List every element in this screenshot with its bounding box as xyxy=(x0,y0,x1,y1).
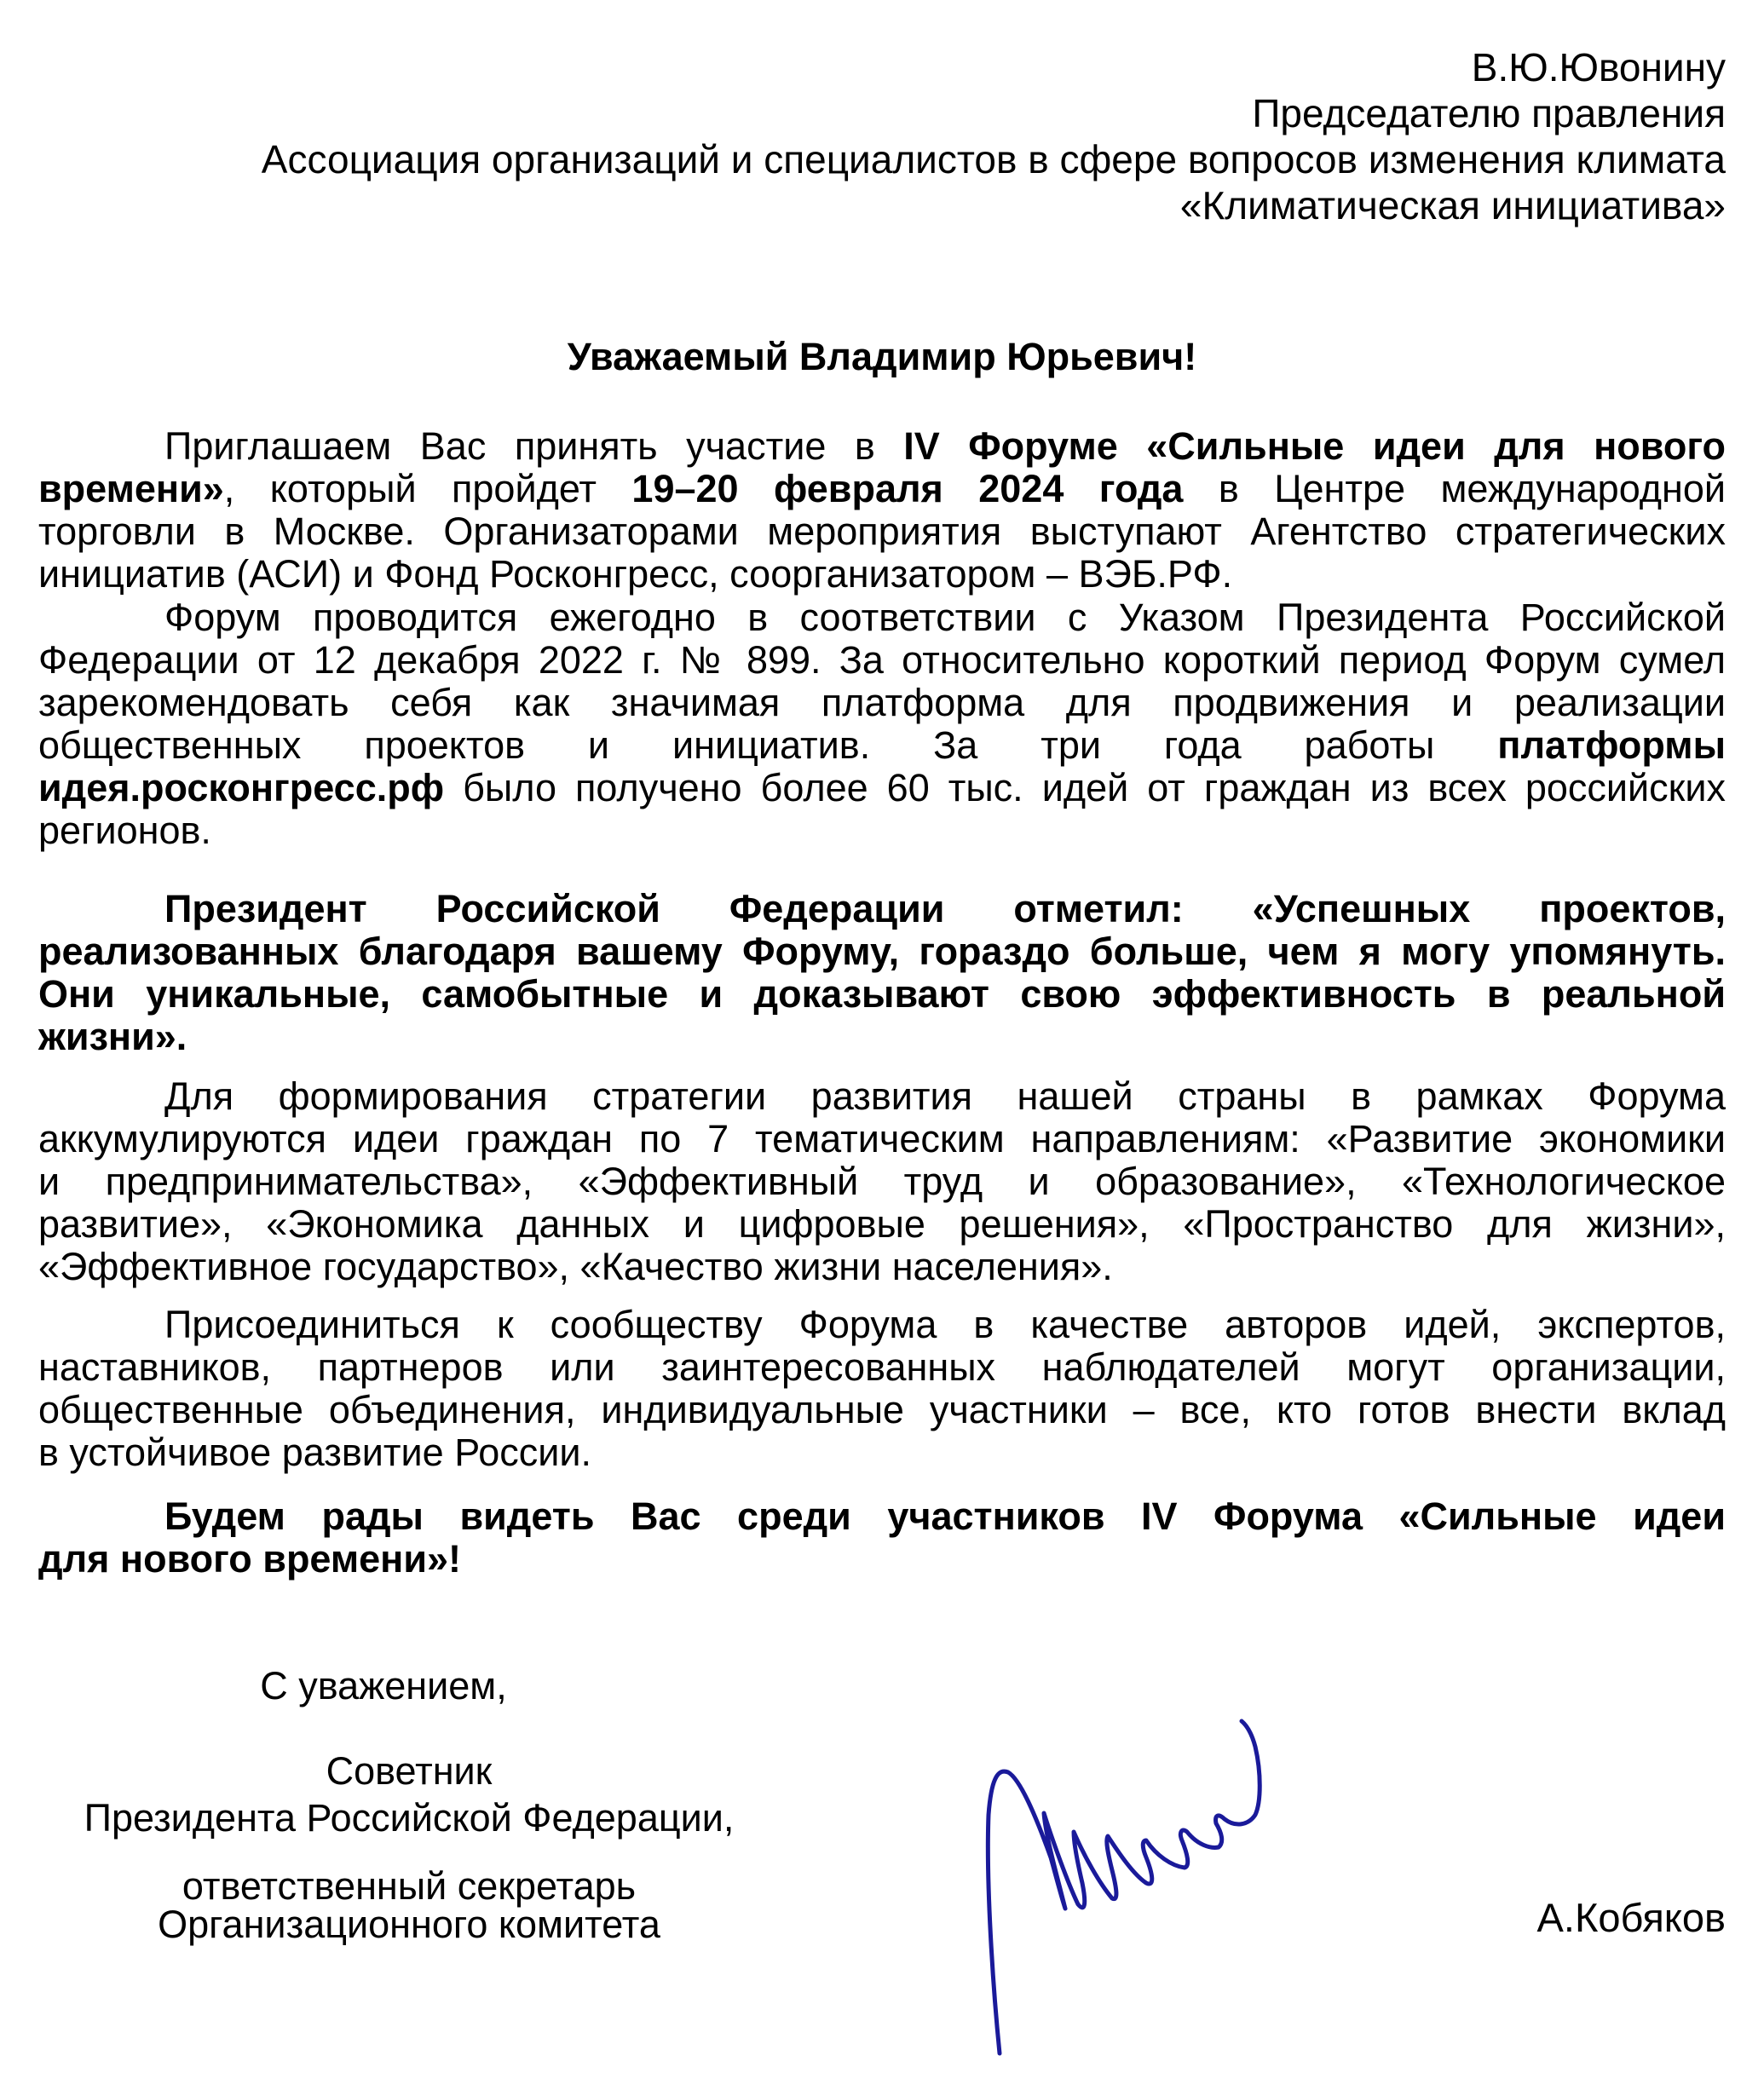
bold-text: платформы xyxy=(1497,723,1726,767)
paragraph-line: реализованных благодаря вашему Форуму, г… xyxy=(38,930,1726,973)
paragraph-line: Они уникальные, самобытные и доказывают … xyxy=(38,973,1726,1016)
closing-regards: С уважением, xyxy=(34,1665,784,1707)
paragraph-line: инициатив (АСИ) и Фонд Росконгресс, соор… xyxy=(38,553,1726,596)
text: в устойчивое развитие России. xyxy=(38,1431,591,1474)
text: Федерации от 12 декабря 2022 г. № 899. З… xyxy=(38,638,1726,682)
paragraph-line: общественные объединения, индивидуальные… xyxy=(38,1389,1726,1431)
title-line-3: ответственный секретарь xyxy=(34,1865,784,1903)
paragraph-line: для нового времени»! xyxy=(38,1538,1726,1581)
paragraph: Приглашаем Вас принять участие в IV Фору… xyxy=(38,425,1726,596)
bold-text: Президент Российской Федерации отметил: … xyxy=(164,887,1726,930)
bold-text: идея.росконгресс.рф xyxy=(38,766,444,809)
text: Приглашаем Вас принять участие в xyxy=(164,424,903,468)
paragraph-line: развитие», «Экономика данных и цифровые … xyxy=(38,1203,1726,1246)
text: общественные объединения, индивидуальные… xyxy=(38,1388,1726,1431)
text: торговли в Москве. Организаторами меропр… xyxy=(38,510,1726,553)
recipient-address: В.Ю.Ювонину Председателю правления Ассоц… xyxy=(262,44,1726,228)
recipient-organization: Ассоциация организаций и специалистов в … xyxy=(262,136,1726,182)
paragraph-line: и предпринимательства», «Эффективный тру… xyxy=(38,1160,1726,1203)
signer-name: А.Кобяков xyxy=(1537,1897,1726,1939)
paragraph-line: наставников, партнеров или заинтересован… xyxy=(38,1346,1726,1389)
recipient-name: В.Ю.Ювонину xyxy=(262,44,1726,90)
text: инициатив (АСИ) и Фонд Росконгресс, соор… xyxy=(38,552,1232,596)
paragraph: Для формирования стратегии развития наше… xyxy=(38,1075,1726,1288)
paragraph-line: зарекомендовать себя как значимая платфо… xyxy=(38,682,1726,724)
text: Форум проводится ежегодно в соответствии… xyxy=(164,596,1726,639)
text: зарекомендовать себя как значимая платфо… xyxy=(38,681,1726,724)
regards-text: С уважением, xyxy=(34,1665,784,1707)
text: развитие», «Экономика данных и цифровые … xyxy=(38,1202,1726,1246)
bold-text: жизни». xyxy=(38,1015,187,1058)
paragraph: Президент Российской Федерации отметил: … xyxy=(38,888,1726,1058)
text: «Эффективное государство», «Качество жиз… xyxy=(38,1245,1113,1288)
paragraph-line: аккумулируются идеи граждан по 7 тематич… xyxy=(38,1118,1726,1160)
text: и предпринимательства», «Эффективный тру… xyxy=(38,1160,1726,1203)
paragraph-line: «Эффективное государство», «Качество жиз… xyxy=(38,1246,1726,1288)
text: , который пройдет xyxy=(224,467,632,510)
text: Для формирования стратегии развития наше… xyxy=(164,1074,1726,1118)
paragraph-line: Приглашаем Вас принять участие в IV Фору… xyxy=(38,425,1726,468)
text: в Центре международной xyxy=(1183,467,1726,510)
paragraph: Форум проводится ежегодно в соответствии… xyxy=(38,596,1726,852)
bold-text: реализованных благодаря вашему Форуму, г… xyxy=(38,930,1726,973)
text: аккумулируются идеи граждан по 7 тематич… xyxy=(38,1117,1726,1160)
paragraph-line: Федерации от 12 декабря 2022 г. № 899. З… xyxy=(38,639,1726,682)
salutation: Уважаемый Владимир Юрьевич! xyxy=(0,336,1764,378)
paragraph-line: Президент Российской Федерации отметил: … xyxy=(38,888,1726,930)
paragraph: Присоединиться к сообществу Форума в кач… xyxy=(38,1304,1726,1474)
recipient-position: Председателю правления xyxy=(262,90,1726,136)
text: регионов. xyxy=(38,809,211,852)
text: было получено более 60 тыс. идей от граж… xyxy=(444,766,1726,809)
paragraph-line: в устойчивое развитие России. xyxy=(38,1431,1726,1474)
paragraph-line: времени», который пройдет 19–20 февраля … xyxy=(38,468,1726,510)
paragraph-line: общественных проектов и инициатив. За тр… xyxy=(38,724,1726,767)
recipient-organization-short: «Климатическая инициатива» xyxy=(262,182,1726,228)
bold-text: Они уникальные, самобытные и доказывают … xyxy=(38,972,1726,1016)
paragraph-line: идея.росконгресс.рф было получено более … xyxy=(38,767,1726,809)
title-line-4: Организационного комитета xyxy=(34,1903,784,1946)
bold-text: для нового времени»! xyxy=(38,1537,461,1581)
paragraph-line: торговли в Москве. Организаторами меропр… xyxy=(38,510,1726,553)
bold-text: 19–20 февраля 2024 года xyxy=(631,467,1183,510)
bold-text: IV Форуме «Сильные идеи для нового xyxy=(903,424,1726,468)
paragraph: Будем рады видеть Вас среди участников I… xyxy=(38,1495,1726,1581)
paragraph-line: Будем рады видеть Вас среди участников I… xyxy=(38,1495,1726,1538)
bold-text: времени» xyxy=(38,467,224,510)
paragraph-line: жизни». xyxy=(38,1016,1726,1058)
title-line-1: Советник xyxy=(34,1750,784,1797)
signatory-title: Советник Президента Российской Федерации… xyxy=(34,1750,784,1946)
bold-text: Будем рады видеть Вас среди участников I… xyxy=(164,1494,1726,1538)
text: наставников, партнеров или заинтересован… xyxy=(38,1345,1726,1389)
paragraph-line: Для формирования стратегии развития наше… xyxy=(38,1075,1726,1118)
text: Присоединиться к сообществу Форума в кач… xyxy=(164,1303,1726,1346)
paragraph-line: Форум проводится ежегодно в соответствии… xyxy=(38,596,1726,639)
paragraph-line: Присоединиться к сообществу Форума в кач… xyxy=(38,1304,1726,1346)
title-line-2: Президента Российской Федерации, xyxy=(34,1797,784,1865)
text: общественных проектов и инициатив. За тр… xyxy=(38,723,1497,767)
paragraph-line: регионов. xyxy=(38,809,1726,852)
handwritten-signature xyxy=(967,1713,1308,2070)
